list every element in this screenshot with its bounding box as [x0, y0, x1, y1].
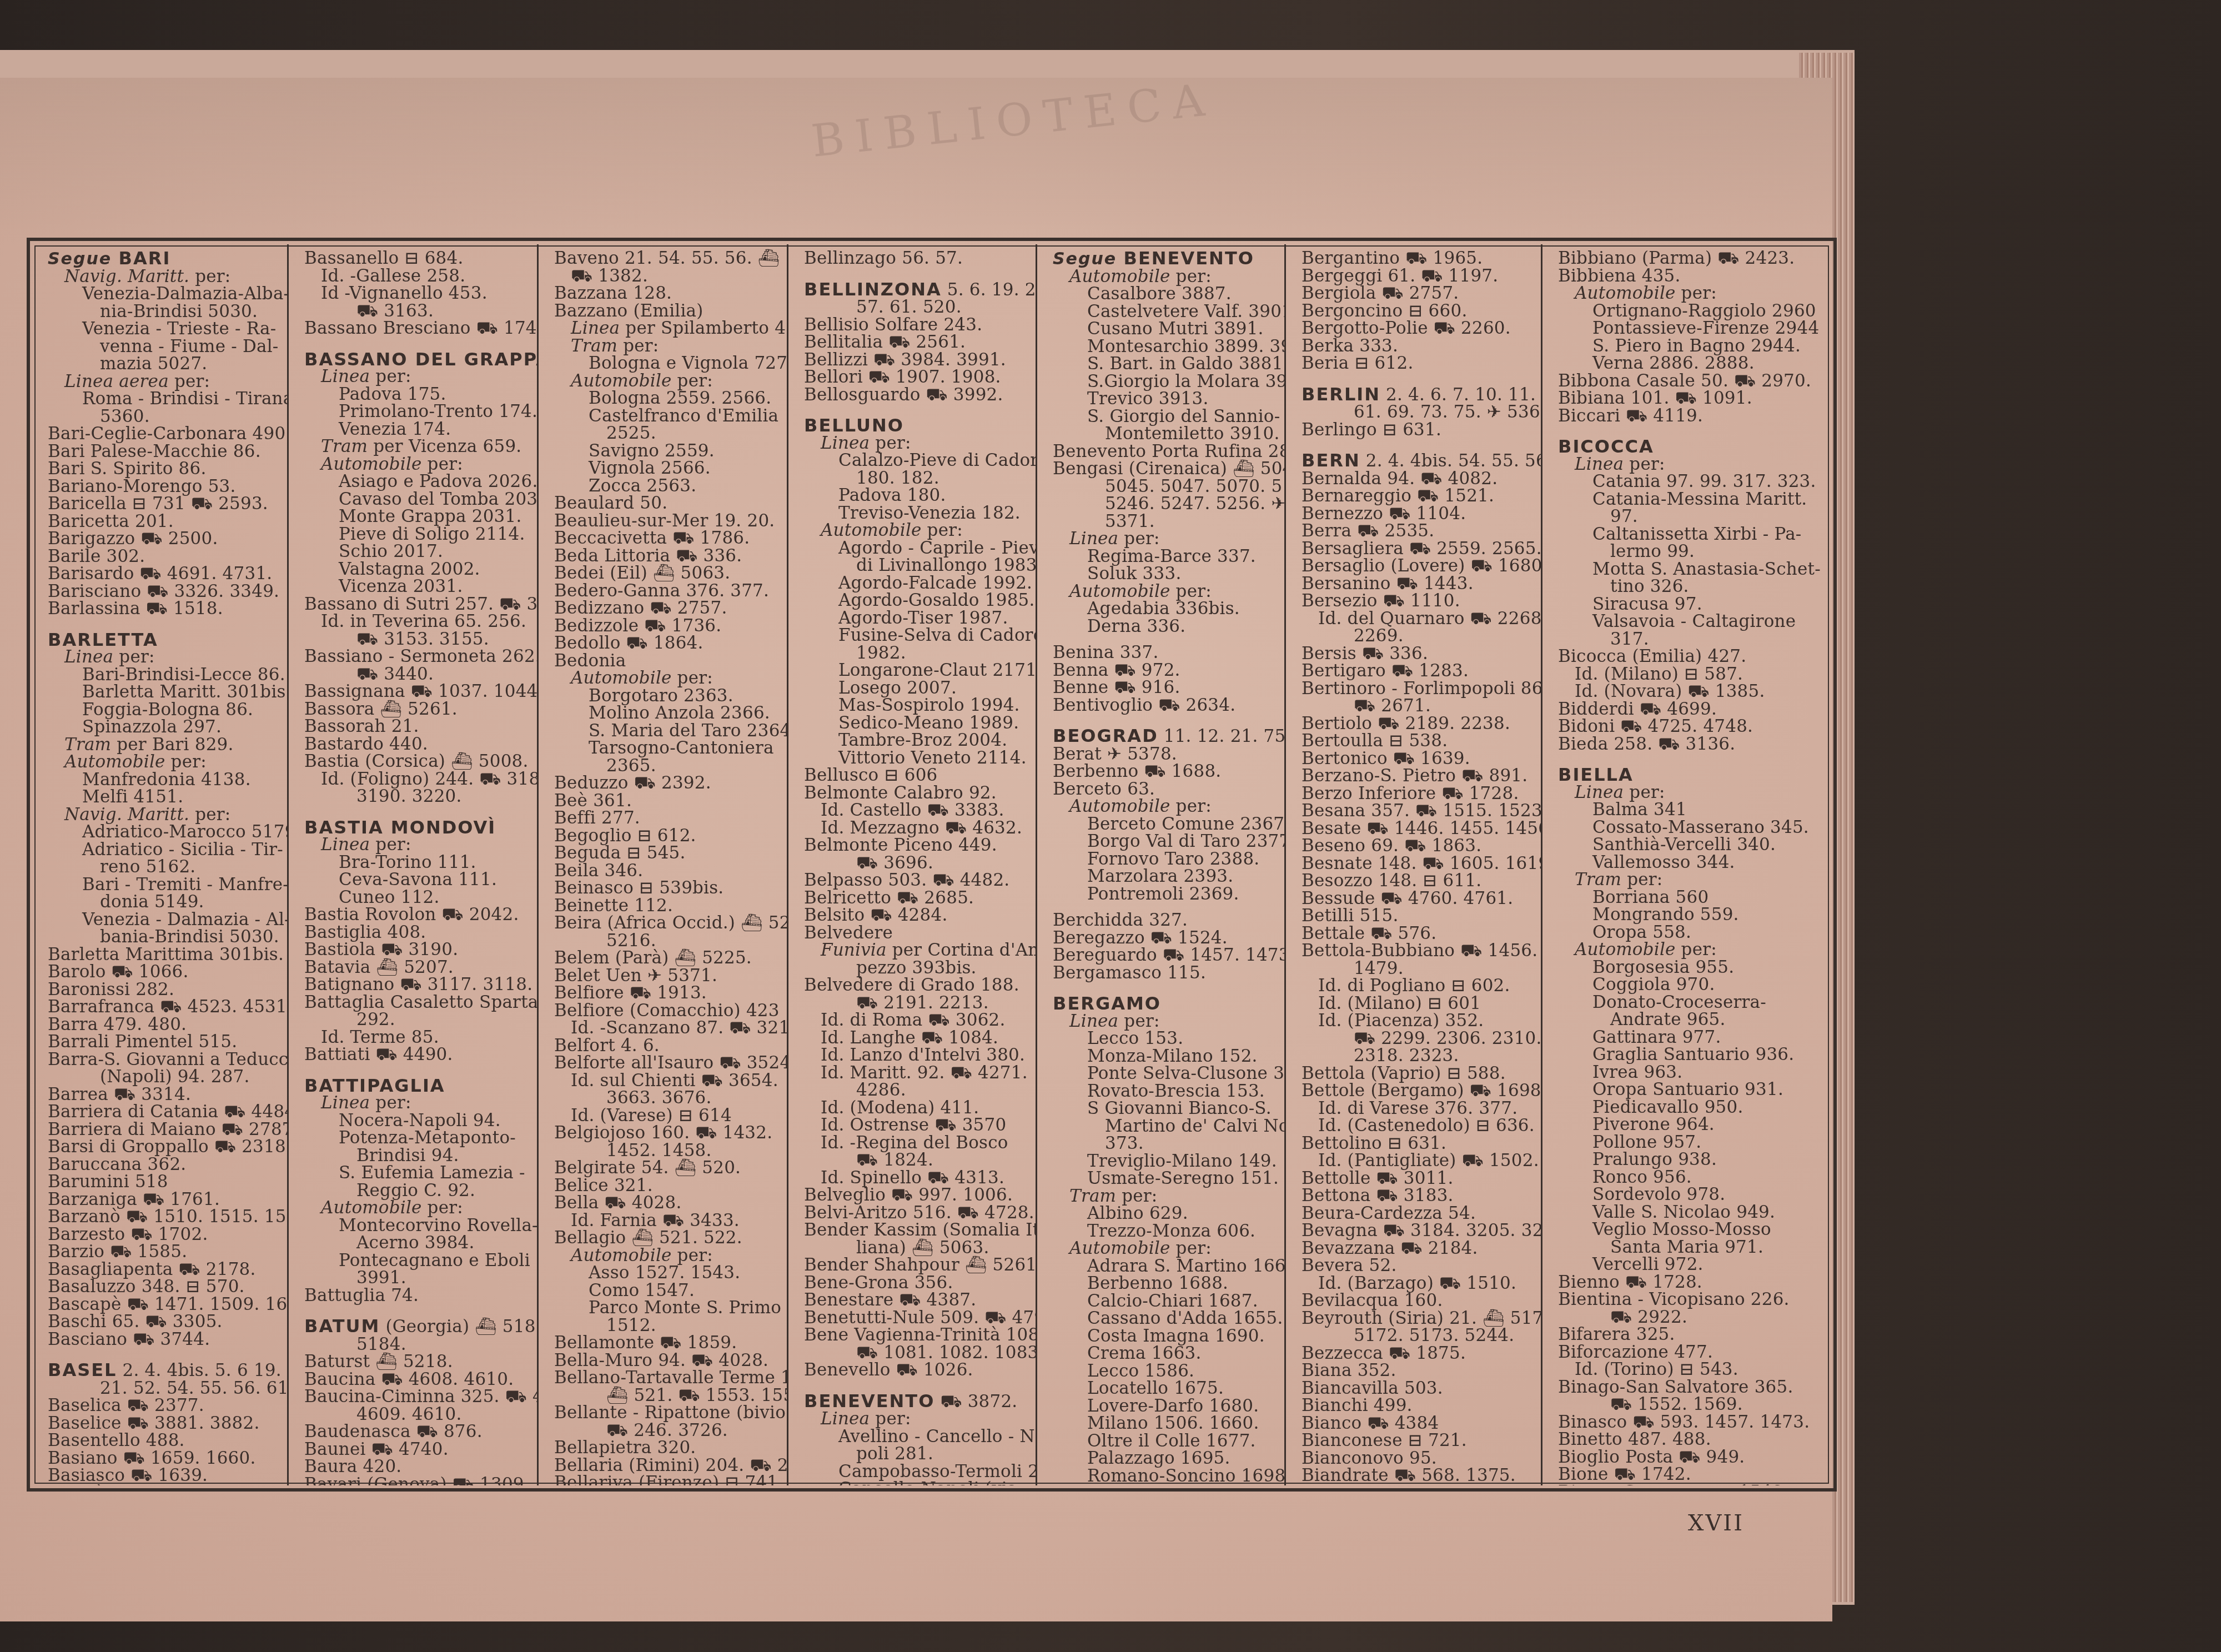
index-entry: Venezia - Dalmazia - Al- [48, 911, 280, 929]
index-entry: Motta S. Anastasia-Schet- [1558, 561, 1825, 579]
index-entry: Belvi-Aritzo 516. ⛟ 4728. [804, 1204, 1029, 1222]
index-entry: Basiano ⛟ 1659. 1660. [48, 1450, 280, 1468]
entry-text: Bellariva (Firenze) ⊟ 741. [554, 1473, 783, 1485]
index-entry: Besnate 148. ⛟ 1605. 1619. [1302, 855, 1534, 873]
index-entry: Ortignano-Raggiolo 2960 [1558, 303, 1825, 320]
index-entry: Sordevolo 978. [1558, 1186, 1825, 1204]
index-entry: Benevello ⛟ 1026. [804, 1362, 1029, 1379]
index-entry: Batavia ⛴ 5207. [304, 959, 530, 977]
index-entry: Barriera di Maiano ⛟ 2787. [48, 1121, 280, 1139]
index-entry: Monte Grappa 2031. [304, 508, 530, 526]
index-entry: Barriera di Catania ⛟ 4484. [48, 1103, 280, 1121]
index-entry: donia 5149. [48, 893, 280, 911]
index-entry: Id. (Barzago) ⛟ 1510. [1302, 1275, 1534, 1293]
index-entry: Id. -Regina del Bosco [804, 1134, 1029, 1152]
index-entry: di Livinallongo 1983. [804, 557, 1029, 575]
index-entry: S. Eufemia Lamezia - [304, 1164, 530, 1182]
index-entry: Benevento Porta Rufina 281. [1053, 443, 1278, 461]
index-entry: Bella-Muro 94. ⛟ 4028. [554, 1352, 780, 1370]
index-entry: Biccari ⛟ 4119. [1558, 408, 1825, 425]
index-entry: Caltanissetta Xirbi - Pa- [1558, 526, 1825, 544]
index-entry: Veglio Mosso-Mosso [1558, 1221, 1825, 1239]
index-entry: Usmate-Seregno 151. [1053, 1170, 1278, 1188]
index-entry: Bifarera 325. [1558, 1326, 1825, 1344]
index-entry: Sedico-Meano 1989. [804, 715, 1029, 732]
index-entry: Id. -Scanzano 87. ⛟ 3210 [554, 1020, 780, 1037]
index-entry: 3190. 3220. [304, 788, 530, 806]
index-entry: Baschi 65. ⛟ 3305. [48, 1313, 280, 1331]
index-entry: Barzesto ⛟ 1702. [48, 1226, 280, 1244]
index-entry: Bianconese ⊟ 721. [1302, 1432, 1534, 1450]
index-entry: Andrate 965. [1558, 1011, 1825, 1029]
transport-mode-label: Automobile per: [554, 1247, 780, 1265]
index-entry: Baronissi 282. [48, 981, 280, 999]
index-entry: Battiati ⛟ 4490. [304, 1046, 530, 1064]
index-entry: Lecco 1586. [1053, 1363, 1278, 1380]
heading-text: BELLINZONA [804, 279, 942, 300]
index-entry: Spinazzola 297. [48, 719, 280, 736]
index-entry: Melfi 4151. [48, 789, 280, 806]
heading-text: BARI [119, 248, 171, 269]
index-entry: Binasco ⛟ 593. 1457. 1473. [1558, 1414, 1825, 1432]
transport-mode-label: Linea per: [1053, 1013, 1278, 1031]
index-entry: Agordo - Caprile - Pieve [804, 540, 1029, 558]
entry-text: Id. Maritt. 92. ⛟ 4271. [821, 1063, 1028, 1083]
index-entry: Tambre-Broz 2004. [804, 732, 1029, 750]
index-entry: Calalzo-Pieve di Cadore [804, 452, 1029, 470]
section-heading: Segue BENEVENTO [1053, 250, 1278, 268]
index-entry: Rota Imagna 1676. [1053, 1485, 1278, 1485]
index-entry: Bevazzana ⛟ 2184. [1302, 1240, 1534, 1258]
index-entry: S Giovanni Bianco-S. [1053, 1100, 1278, 1118]
index-entry: Barrafranca ⛟ 4523. 4531. [48, 998, 280, 1016]
index-entry: Asiago e Padova 2026. [304, 473, 530, 491]
index-entry: Basagliapenta ⛟ 2178. [48, 1261, 280, 1279]
entry-text: Battaglia Casaletto Spartano [304, 992, 539, 1012]
index-entry: Bergeggi 61. ⛟ 1197. [1302, 268, 1534, 285]
transport-mode-label: Tram per Vicenza 659. [304, 438, 530, 456]
index-entry: (Napoli) 94. 287. [48, 1068, 280, 1086]
transport-mode-label: Automobile per: [804, 522, 1029, 540]
index-entry: Bellaria (Rimini) 204. ⛟ 2706 [554, 1457, 780, 1475]
index-entry: Beseno 69. ⛟ 1863. [1302, 837, 1534, 855]
index-entry: Bidderdi ⛟ 4699. [1558, 701, 1825, 719]
index-entry: Borgotaro 2363. [554, 687, 780, 705]
index-entry: Bellori ⛟ 1907. 1908. [804, 369, 1029, 386]
index-entry: Baricetta 201. [48, 513, 280, 531]
index-entry: Berat ✈ 5378. [1053, 746, 1278, 764]
index-entry: Bienno ⛟ 1728. [1558, 1274, 1825, 1292]
index-entry: Santhià-Vercelli 340. [1558, 836, 1825, 854]
index-entry: Id. Langhe ⛟ 1084. [804, 1030, 1029, 1047]
index-entry: Venezia-Dalmazia-Alba- [48, 285, 280, 303]
index-entry: Beffi 277. [554, 810, 780, 827]
index-entry: Belice 321. [554, 1177, 780, 1195]
index-entry: Biancavilla 503. [1302, 1380, 1534, 1398]
index-entry: Berchidda 327. [1053, 912, 1278, 930]
index-entry: Vercelli 972. [1558, 1256, 1825, 1274]
index-entry: 2525. [554, 425, 780, 443]
index-entry: Barile 302. [48, 548, 280, 566]
index-entry: Beregazzo ⛟ 1524. [1053, 930, 1278, 947]
index-entry: Costa Imagna 1690. [1053, 1328, 1278, 1345]
index-entry: Id. Lanzo d'Intelvi 380. [804, 1047, 1029, 1064]
transport-mode-label: Automobile per: [304, 1199, 530, 1217]
index-entry: Bastiola ⛟ 3190. [304, 941, 530, 959]
index-entry: Baselica ⛟ 2377. [48, 1397, 280, 1415]
index-entry: Bertigaro ⛟ 1283. [1302, 662, 1534, 680]
index-entry: Id. (Foligno) 244. ⛟ 3184. [304, 771, 530, 789]
transport-mode-label: Tram per: [1053, 1188, 1278, 1206]
index-entry: Id. (Torino) ⊟ 543. [1558, 1361, 1825, 1379]
index-entry: Beè 361. [554, 792, 780, 810]
index-entry: Castelfranco d'Emilia [554, 408, 780, 425]
index-entry: 2269. [1302, 627, 1534, 645]
index-entry: Avellino - Cancello - Na- [804, 1428, 1029, 1446]
index-entry: Benestare ⛟ 4387. [804, 1292, 1029, 1309]
index-entry: ⛟ 2191. 2213. [804, 995, 1029, 1012]
index-entry: Bavari (Genova) ⛟ 1309. [304, 1476, 530, 1486]
section-heading: BENEVENTO ⛟ 3872. [804, 1393, 1029, 1411]
index-entry: Bassanello ⊟ 684. [304, 250, 530, 268]
index-entry: Bergantino ⛟ 1965. [1302, 250, 1534, 268]
index-entry: Biandronno-Travedona 148. [1302, 1485, 1534, 1486]
entry-text: Romano-Soncino 1698. [1087, 1466, 1286, 1486]
index-entry: Agordo-Tiser 1987. [804, 610, 1029, 627]
index-entry: Id -Vignanello 453. [304, 285, 530, 303]
index-entry: Martino de' Calvi Nord [1053, 1118, 1278, 1136]
heading-text: BERN [1302, 450, 1360, 471]
entry-text: Basicò ⛟ 4455. [48, 1483, 188, 1486]
entry-text: Basciano ⛟ 3744. [48, 1329, 210, 1349]
transport-mode-label: Tram per: [554, 338, 780, 355]
index-entry: Id. -Gallese 258. [304, 268, 530, 285]
index-entry: Barzio ⛟ 1585. [48, 1243, 280, 1261]
index-entry: Ivrea 963. [1558, 1064, 1825, 1082]
index-entry: Id. Maritt. 92. ⛟ 4271. [804, 1064, 1029, 1082]
index-entry: Bellapietra 320. [554, 1439, 780, 1457]
index-entry: Bastia Rovolon ⛟ 2042. [304, 906, 530, 924]
index-entry: Cancello-Napoli (via [804, 1480, 1029, 1485]
index-entry: Id. (Castenedolo) ⊟ 636. [1302, 1117, 1534, 1135]
index-entry: Bellano-Tartavalle Terme 146- [554, 1369, 780, 1387]
index-entry: S.Giorgio la Molara 3903. [1053, 373, 1278, 391]
index-entry: Benne ⛟ 916. [1053, 679, 1278, 697]
index-entry: Locatello 1675. [1053, 1380, 1278, 1398]
entry-text: Bellinzago 56. 57. [804, 248, 963, 268]
index-entry: Baunei ⛟ 4740. [304, 1441, 530, 1459]
index-entry: 180. 182. [804, 470, 1029, 488]
index-entry: Venezia - Trieste - Ra- [48, 320, 280, 338]
entry-text: Beria ⊟ 612. [1302, 353, 1413, 373]
transport-mode-label: Automobile per: [1558, 941, 1825, 959]
index-entry: pezzo 393bis. [804, 960, 1029, 977]
section-heading: BARLETTA [48, 631, 280, 649]
heading-refs: ⛟ 3872. [934, 1392, 1017, 1412]
index-entry: Foggia-Bologna 86. [48, 701, 280, 719]
index-entry: S. Giorgio del Sannio- [1053, 408, 1278, 426]
index-entry: reno 5162. [48, 858, 280, 876]
index-entry: Pontecagnano e Eboli [304, 1252, 530, 1270]
index-entry: Bernalda 94. ⛟ 4082. [1302, 470, 1534, 488]
index-entry: Cassano d'Adda 1655. [1053, 1310, 1278, 1328]
index-entry: Betilli 515. [1302, 907, 1534, 925]
index-entry: Acerno 3984. [304, 1234, 530, 1252]
transport-mode-label: Linea per: [1053, 530, 1278, 548]
index-entry: S. Piero in Bagno 2944. [1558, 338, 1825, 355]
transport-mode-label: Automobile per: [554, 670, 780, 687]
transport-mode-label: Automobile per: [304, 456, 530, 474]
index-entry: Bieda 258. ⛟ 3136. [1558, 736, 1825, 754]
index-entry: Bevilacqua 160. [1302, 1292, 1534, 1310]
index-entry: Verna 2886. 2888. [1558, 355, 1825, 373]
index-entry: Crema 1663. [1053, 1345, 1278, 1363]
transport-mode-label: Automobile per: [48, 754, 280, 771]
index-entry: Bibbona Casale 50. ⛟ 2970. [1558, 373, 1825, 390]
index-entry: Bellamonte ⛟ 1859. [554, 1334, 780, 1352]
index-entry: Parco Monte S. Primo [554, 1299, 780, 1317]
index-entry: ⛟ 1552. 1569. [1558, 1396, 1825, 1414]
index-entry: Berra ⛟ 2535. [1302, 523, 1534, 540]
index-entry: Bene-Grona 356. [804, 1274, 1029, 1292]
index-entry: Vallemosso 344. [1558, 854, 1825, 872]
index-entry: Beda Littoria ⛟ 336. [554, 548, 780, 565]
index-entry: Belet Uen ✈ 5371. [554, 967, 780, 985]
section-heading: BATUM (Georgia) ⛴ 5183. [304, 1318, 530, 1336]
index-entry: Beinasco ⊟ 539bis. [554, 880, 780, 897]
index-entry: bania-Brindisi 5030. [48, 928, 280, 946]
index-entry: 1452. 1458. [554, 1142, 780, 1160]
index-entry: Bellante - Ripattone (bivio) [554, 1404, 780, 1422]
index-entry: Id. (Varese) ⊟ 614 [554, 1107, 780, 1125]
index-entry: Bibbiena 435. [1558, 268, 1825, 285]
index-entry: Id. Spinello ⛟ 4313. [804, 1169, 1029, 1187]
index-entry: Bassiano - Sermoneta 262. [304, 648, 530, 666]
entry-text: Biandronno-Travedona 148. [1302, 1483, 1542, 1486]
index-entry: 2318. 2323. [1302, 1047, 1534, 1065]
index-entry: Belgiojoso 160. ⛟ 1432. [554, 1124, 780, 1142]
index-entry: Beira (Africa Occid.) ⛴ 5215. [554, 915, 780, 932]
index-entry: Bastia (Corsica) ⛴ 5008. [304, 753, 530, 771]
index-entry: ⛟ 2299. 2306. 2310. [1302, 1030, 1534, 1048]
index-entry: Agordo-Gosaldo 1985. [804, 592, 1029, 610]
index-entry: ⛟ 2922. [1558, 1309, 1825, 1327]
entry-text: Bentivoglio ⛟ 2634. [1053, 695, 1235, 715]
entry-text: Derna 336. [1087, 616, 1185, 636]
index-entry: Id. Terme 85. [304, 1029, 530, 1047]
index-entry: Roma - Brindisi - Tirana [48, 390, 280, 408]
entry-text: Bavari (Genova) ⛟ 1309. [304, 1474, 530, 1486]
transport-mode-label: Automobile per: [1053, 798, 1278, 816]
index-entry: Lovere-Darfo 1680. [1053, 1398, 1278, 1415]
index-entry: Bersanino ⛟ 1443. [1302, 575, 1534, 593]
index-entry: Barletta Maritt. 301bis. [48, 684, 280, 701]
index-entry: Baucina-Ciminna 325. ⛟ 4608. [304, 1388, 530, 1406]
index-entry: Berceto Comune 2367. [1053, 816, 1278, 833]
index-entry: Baselice ⛟ 3881. 3882. [48, 1415, 280, 1433]
page-number: XVII [1688, 1510, 1744, 1536]
index-entry: Belveglio ⛟ 997. 1006. [804, 1187, 1029, 1204]
index-entry: Schio 2017. [304, 543, 530, 561]
index-entry: Baricella ⊟ 731 ⛟ 2593. [48, 495, 280, 513]
index-entry: Monza-Milano 152. [1053, 1048, 1278, 1066]
index-entry: Adriatico-Marocco 5179. [48, 824, 280, 841]
index-entry: Longarone-Claut 2171. [804, 662, 1029, 680]
index-entry: Barlassina ⛟ 1518. [48, 600, 280, 618]
index-entry: ⛴ 521. ⛟ 1553. 1553bis [554, 1387, 780, 1405]
index-entry: Vicenza 2031. [304, 578, 530, 596]
index-entry: Padova 180. [804, 487, 1029, 505]
index-entry: Valstagna 2002. [304, 561, 530, 579]
index-entry: Bibbiano (Parma) ⛟ 2423. [1558, 250, 1825, 268]
index-entry: Bazzano (Emilia) [554, 303, 780, 320]
index-column-6: Bergantino ⛟ 1965.Bergeggi 61. ⛟ 1197.Be… [1286, 244, 1542, 1485]
index-entry: Treviglio-Milano 149. [1053, 1153, 1278, 1171]
index-entry: Reggio C. 92. [304, 1182, 530, 1200]
index-entry: Bevagna ⛟ 3184. 3205. 3206. [1302, 1222, 1534, 1240]
index-entry: Belem (Parà) ⛴ 5225. [554, 950, 780, 967]
index-entry: Graglia Santuario 936. [1558, 1046, 1825, 1064]
index-entry: Soluk 333. [1053, 565, 1278, 583]
section-heading: Segue BARI [48, 250, 280, 268]
index-entry: Id. (Pantigliate) ⛟ 1502. [1302, 1152, 1534, 1170]
index-entry: Bellusco ⊟ 606 [804, 767, 1029, 785]
index-entry: Bersaglio (Lovere) ⛟ 1680. [1302, 558, 1534, 575]
index-entry: 5371. [1053, 513, 1278, 531]
index-entry: Lecco 153. [1053, 1030, 1278, 1048]
index-entry: Bettale ⛟ 576. [1302, 925, 1534, 943]
index-entry: Adriatico - Sicilia - Tir- [48, 841, 280, 859]
index-entry: Pontassieve-Firenze 2944 [1558, 320, 1825, 338]
index-entry: Bellagio ⛴ 521. 522. [554, 1229, 780, 1247]
index-entry: Mongrando 559. [1558, 906, 1825, 924]
index-entry: Adrara S. Martino 1669. [1053, 1258, 1278, 1276]
index-entry: Oropa 558. [1558, 924, 1825, 942]
index-entry: ⛟ 3153. 3155. [304, 631, 530, 649]
index-entry: Belforte all'Isauro ⛟ 3524. [554, 1055, 780, 1072]
index-entry: Berlingo ⊟ 631. [1302, 421, 1534, 439]
section-heading: BERLIN 2. 4. 6. 7. 10. 11. 19. [1302, 386, 1534, 404]
index-entry: Binago-San Salvatore 365. [1558, 1379, 1825, 1397]
index-entry: Bassignana ⛟ 1037. 1044. [304, 683, 530, 701]
index-entry: Bari-Brindisi-Lecce 86. [48, 666, 280, 684]
entry-text: Bettola-Bubbiano ⛟ 1456. [1302, 941, 1537, 961]
section-heading: BELLINZONA 5. 6. 19. 21. [804, 281, 1029, 299]
index-entry: Montesarchio 3899. 3900. [1053, 338, 1278, 356]
index-entry: Bianco ⛟ 4384 [1302, 1415, 1534, 1433]
index-entry: Barsi di Groppallo ⛟ 2318. [48, 1138, 280, 1156]
index-entry: Cuneo 112. [304, 889, 530, 907]
index-entry: Besate ⛟ 1446. 1455. 1456. [1302, 820, 1534, 838]
index-entry: 1982. [804, 645, 1029, 662]
index-entry: Potenza-Metaponto- [304, 1129, 530, 1147]
index-entry: Barrali Pimentel 515. [48, 1033, 280, 1051]
index-entry: Ponte Selva-Clusone 375. [1053, 1065, 1278, 1083]
index-entry: Bologna e Vignola 727. [554, 355, 780, 373]
index-entry: ⛟ 1824. [804, 1152, 1029, 1169]
index-entry: Bedei (Eil) ⛴ 5063. [554, 565, 780, 583]
index-entry: Siracusa 97. [1558, 596, 1825, 614]
index-entry: Bettole (Bergamo) ⛟ 1698. [1302, 1082, 1534, 1100]
index-entry: Barzaniga ⛟ 1761. [48, 1191, 280, 1209]
index-entry: S. Maria del Taro 2364. [554, 722, 780, 740]
index-entry: Bedonia [554, 652, 780, 670]
index-entry: Borgosesia 955. [1558, 959, 1825, 977]
entry-text: Cancello-Napoli (via [838, 1479, 1018, 1485]
index-entry: Bariano-Morengo 53. [48, 478, 280, 496]
index-entry: S. Bart. in Galdo 3881. [1053, 355, 1278, 373]
index-entry: 5045. 5047. 5070. 5176. [1053, 478, 1278, 496]
index-entry: Borgo Val di Taro 2377. [1053, 833, 1278, 851]
index-entry: ⛟ 3696. [804, 855, 1029, 872]
index-entry: 4609. 4610. [304, 1406, 530, 1424]
index-entry: Cusano Mutri 3891. [1053, 320, 1278, 338]
index-entry: Beura-Cardezza 54. [1302, 1205, 1534, 1223]
index-entry: Id. in Teverina 65. 256. [304, 613, 530, 631]
heading-refs: 11. 12. 21. 75. [1158, 726, 1286, 746]
index-entry: Bianconovo 95. [1302, 1450, 1534, 1468]
index-entry: nia-Brindisi 5030. [48, 303, 280, 321]
index-entry: Basciano ⛟ 3744. [48, 1331, 280, 1349]
index-entry: Bersezio ⛟ 1110. [1302, 592, 1534, 610]
heading-text: BATUM [304, 1315, 380, 1337]
index-entry: Bassano di Sutri 257. ⛟ 3127. [304, 596, 530, 614]
index-entry: Milano 1506. 1660. [1053, 1415, 1278, 1433]
section-heading: BEOGRAD 11. 12. 21. 75. [1053, 727, 1278, 746]
transport-mode-label: Linea per: [48, 649, 280, 666]
index-entry: Borriana 560 [1558, 889, 1825, 907]
entry-text: Bieda 258. ⛟ 3136. [1558, 734, 1735, 754]
index-entry: Id. Farnia ⛟ 3433. [554, 1212, 780, 1230]
index-entry: liana) ⛴ 5063. [804, 1239, 1029, 1257]
index-entry: Benna ⛟ 972. [1053, 662, 1278, 680]
index-entry: Asso 1527. 1543. [554, 1264, 780, 1282]
index-entry: Id. (Piacenza) 352. [1302, 1012, 1534, 1030]
index-entry: Bevera 52. [1302, 1257, 1534, 1275]
section-heading: BERN 2. 4. 4bis. 54. 55. 56. [1302, 452, 1534, 470]
index-entry: Belvedere di Grado 188. [804, 977, 1029, 995]
index-entry: Bassorah 21. [304, 718, 530, 736]
index-entry: Brindisi 94. [304, 1147, 530, 1165]
index-entry: Barra 479. 480. [48, 1016, 280, 1034]
index-entry: Id. di Pogliano ⊟ 602. [1302, 977, 1534, 995]
index-entry: Casalbore 3887. [1053, 285, 1278, 303]
heading-text: BERLIN [1302, 384, 1380, 405]
index-entry: Bettola (Vaprio) ⊟ 588. [1302, 1065, 1534, 1083]
index-entry: Bastiglia 408. [304, 924, 530, 942]
index-entry: Biandrate ⛟ 568. 1375. [1302, 1467, 1534, 1485]
transport-mode-label: Linea per: [1558, 784, 1825, 802]
index-entry: Gattinara 977. [1558, 1029, 1825, 1047]
index-entry: Bassora ⛴ 5261. [304, 701, 530, 719]
index-entry: Treviso-Venezia 182. [804, 505, 1029, 523]
index-entry: Beccacivetta ⛟ 1786. [554, 530, 780, 548]
transport-mode-label: Tram per: [1558, 871, 1825, 889]
section-heading: BASEL 2. 4. 4bis. 5. 6 19. [48, 1362, 280, 1380]
index-entry: Venezia 174. [304, 421, 530, 439]
entry-text: Birago-Camnago ⛟ 1548. [1558, 1482, 1788, 1486]
index-entry: Belpasso 503. ⛟ 4482. [804, 872, 1029, 890]
index-entry: Basicò ⛟ 4455. [48, 1485, 280, 1486]
index-entry: Id. (Modena) 411. [804, 1099, 1029, 1117]
index-entry: Bedollo ⛟ 1864. [554, 635, 780, 652]
index-entry: Bergamasco 115. [1053, 965, 1278, 982]
index-entry: 5216. [554, 932, 780, 950]
index-entry: venna - Fiume - Dal- [48, 338, 280, 356]
index-entry: Id. di Roma ⛟ 3062. [804, 1012, 1029, 1030]
index-entry: Barletta Marittima 301bis. [48, 946, 280, 964]
index-entry: Montecorvino Rovella- [304, 1217, 530, 1235]
